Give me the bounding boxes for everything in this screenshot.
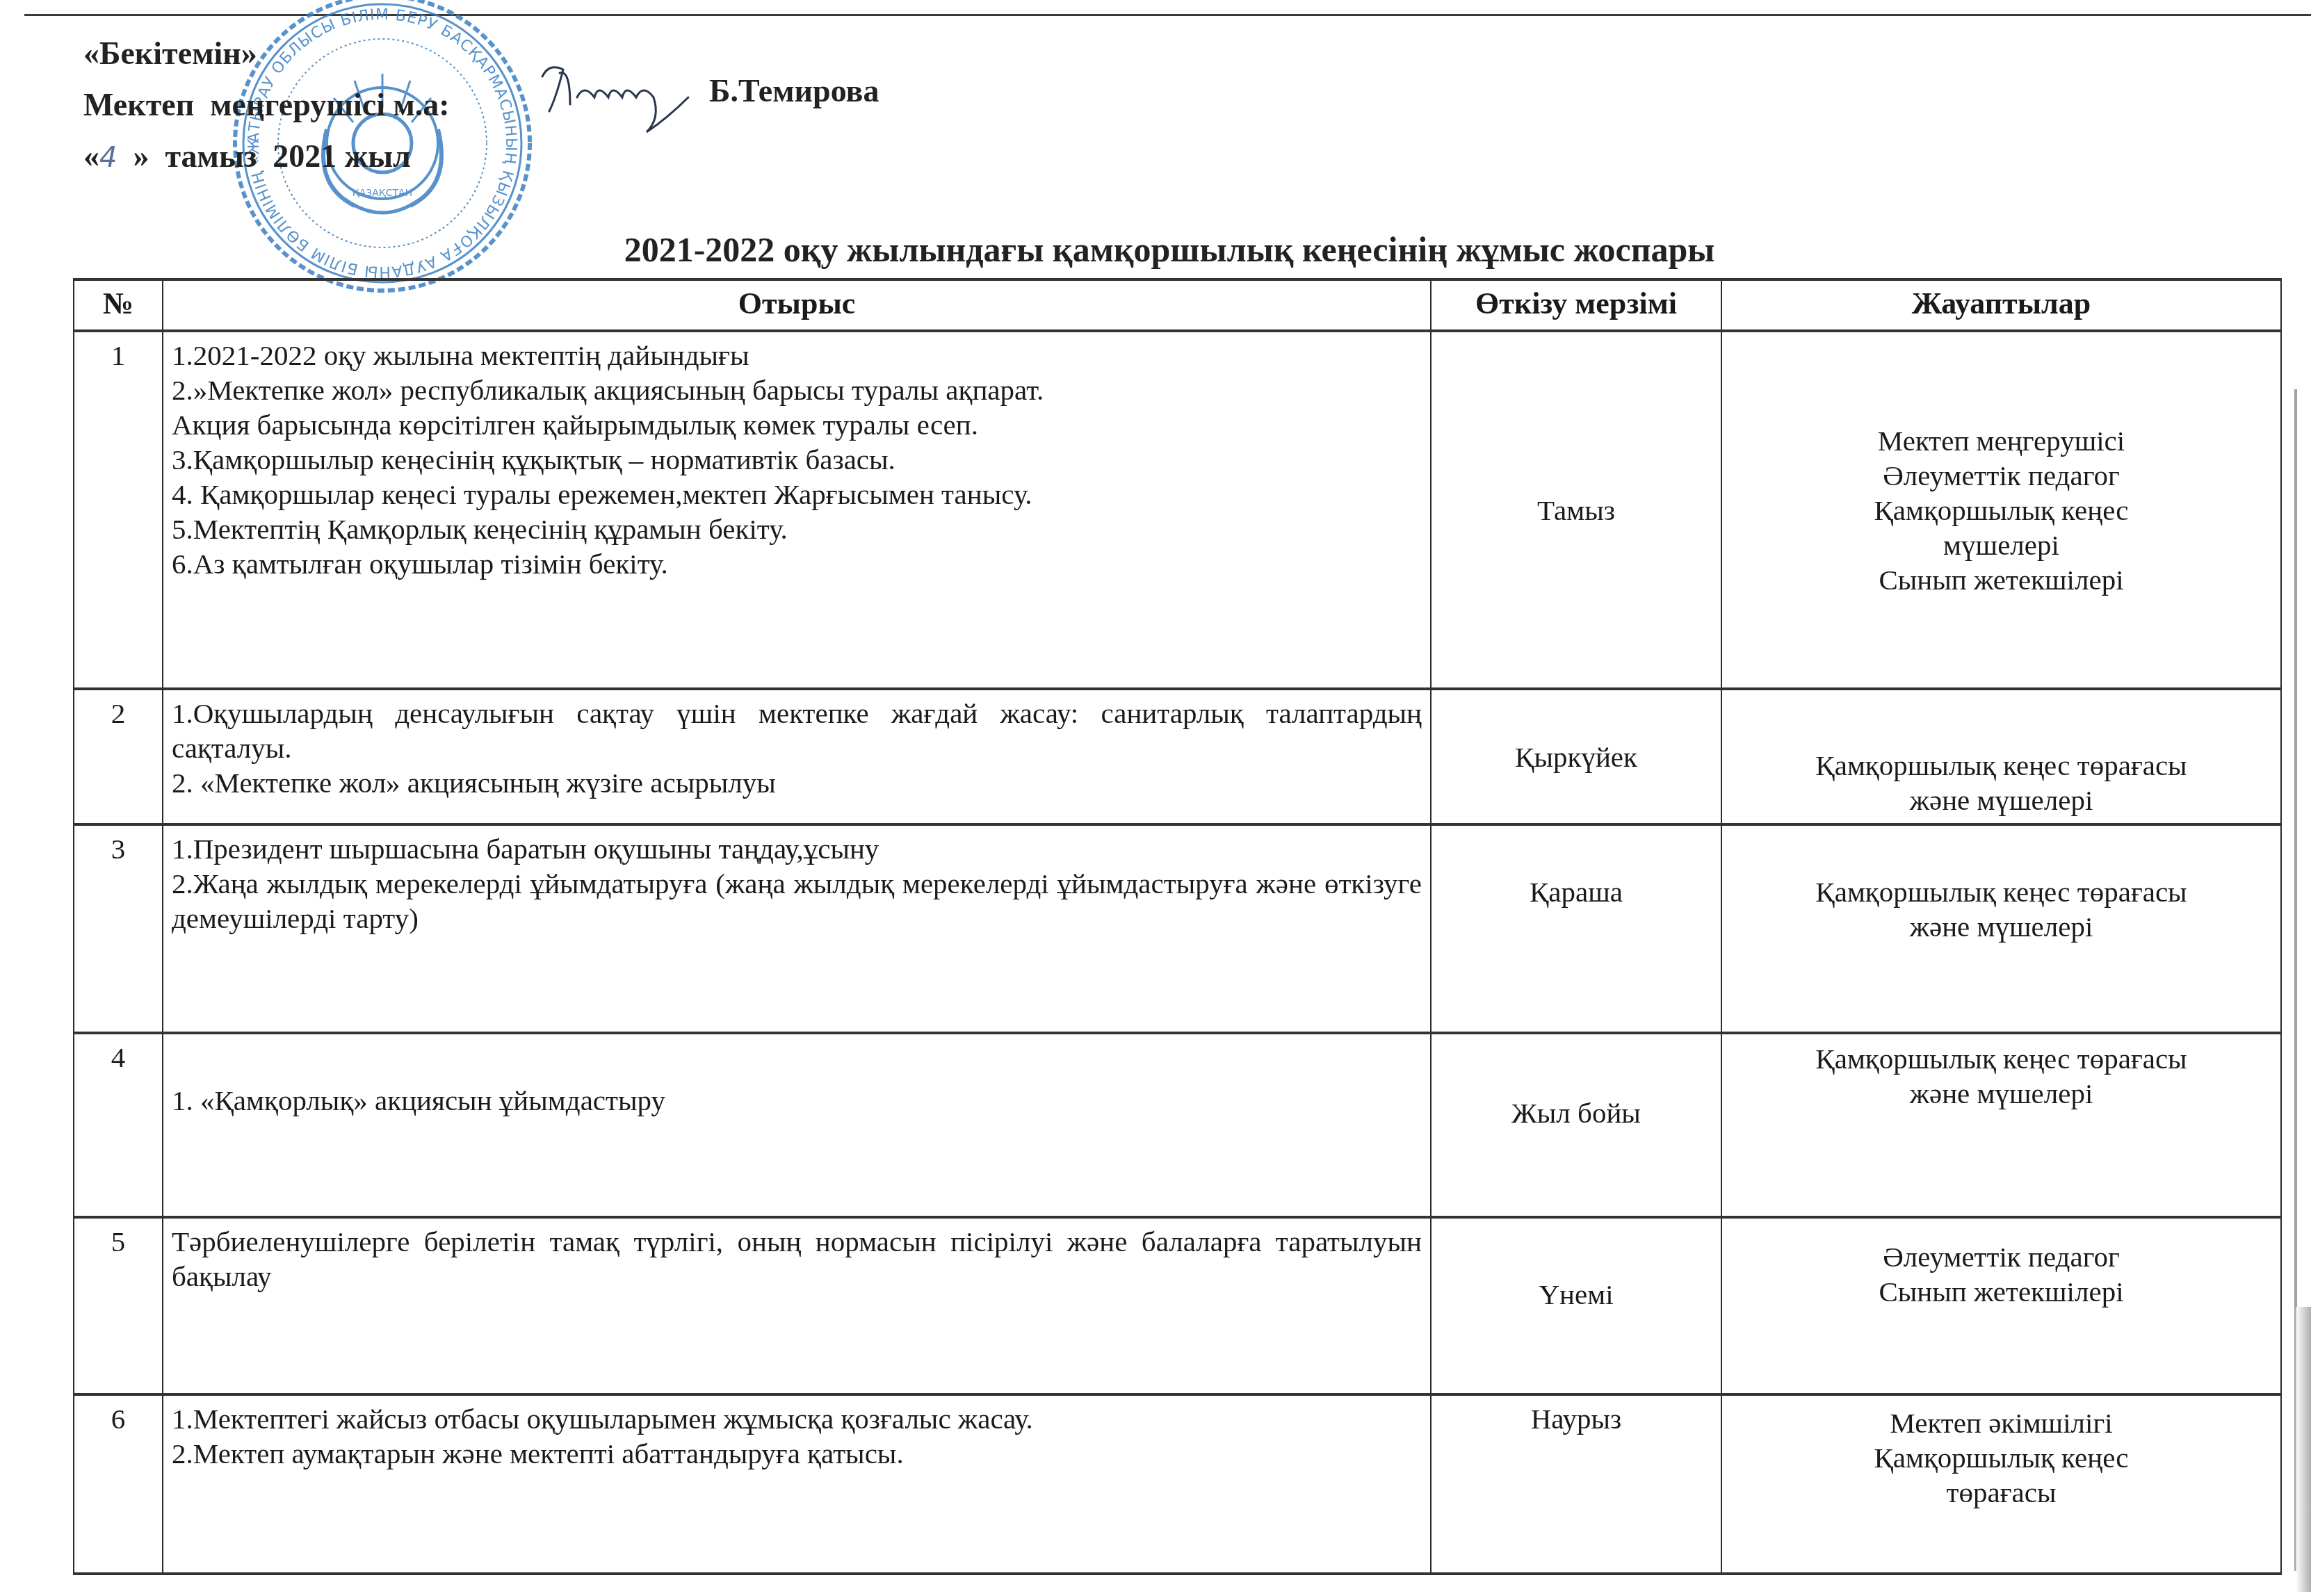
row-responsible: Әлеуметтік педагог Сынып жетекшілері — [1721, 1217, 2281, 1394]
row-responsible: Мектеп әкімшілігі Қамқоршылық кеңес төра… — [1721, 1394, 2281, 1574]
row-period: Тамыз — [1431, 331, 1721, 689]
row-responsible: Мектеп меңгерушісі Әлеуметтік педагог Қа… — [1721, 331, 2281, 689]
scan-shadow — [2296, 1307, 2311, 1592]
header-topic: Отырыс — [163, 279, 1431, 331]
topic-item: 3.Қамқоршылыр кеңесінің құқықтық – норма… — [172, 442, 1422, 477]
row-topic: 1.Мектептегі жайсыз отбасы оқушыларымен … — [163, 1394, 1431, 1574]
header-num: № — [74, 279, 163, 331]
topic-item: 4. Қамқоршылар кеңесі туралы ережемен,ме… — [172, 477, 1422, 512]
row-topic: Тәрбиеленушілерге берілетін тамақ түрліг… — [163, 1217, 1431, 1394]
row-number: 4 — [74, 1033, 163, 1217]
row-topic: 1. «Қамқорлық» акциясын ұйымдастыру — [163, 1033, 1431, 1217]
row-topic: 1.Президент шыршасына баратын оқушыны та… — [163, 824, 1431, 1033]
topic-item: 1.Оқушылардың денсаулығын сақтау үшін ме… — [172, 696, 1422, 765]
signature-icon — [528, 56, 709, 139]
document-title: 2021-2022 оқу жылындағы қамқоршылық кеңе… — [0, 229, 2311, 270]
row-responsible: Қамқоршылық кеңес төрағасы және мүшелері — [1721, 689, 2281, 824]
approval-date: «4 » тамыз 2021 жыл — [83, 131, 450, 184]
table-header-row: № Отырыс Өткізу мерзімі Жауаптылар — [74, 279, 2281, 331]
row-period: Қыркүйек — [1431, 689, 1721, 824]
row-number: 3 — [74, 824, 163, 1033]
table-row: 6 1.Мектептегі жайсыз отбасы оқушыларыме… — [74, 1394, 2281, 1574]
header-responsible: Жауаптылар — [1721, 279, 2281, 331]
topic-item: Акция барысында көрсітілген қайырымдылық… — [172, 407, 1422, 442]
row-period: Қараша — [1431, 824, 1721, 1033]
topic-item: 1.Президент шыршасына баратын оқушыны та… — [172, 831, 1422, 866]
topic-item: 6.Аз қамтылған оқушылар тізімін бекіту. — [172, 546, 1422, 581]
position-label: Мектеп меңгерушісі м.а: — [83, 79, 450, 131]
table-row: 2 1.Оқушылардың денсаулығын сақтау үшін … — [74, 689, 2281, 824]
topic-item: 2.Мектеп аумақтарын және мектепті абатта… — [172, 1436, 1422, 1471]
row-number: 1 — [74, 331, 163, 689]
topic-item: Тәрбиеленушілерге берілетін тамақ түрліг… — [172, 1224, 1422, 1294]
table-row: 5 Тәрбиеленушілерге берілетін тамақ түрл… — [74, 1217, 2281, 1394]
table-row: 3 1.Президент шыршасына баратын оқушыны … — [74, 824, 2281, 1033]
approved-label: «Бекітемін» — [83, 28, 450, 79]
row-period: Наурыз — [1431, 1394, 1721, 1574]
topic-item: 1.Мектептегі жайсыз отбасы оқушыларымен … — [172, 1401, 1422, 1436]
row-responsible: Қамқоршылық кеңес төрағасы және мүшелері — [1721, 1033, 2281, 1217]
topic-item: 5.Мектептің Қамқорлық кеңесінің құрамын … — [172, 512, 1422, 546]
topic-item: 2.Жаңа жылдық мерекелерді ұйымдатыруға (… — [172, 866, 1422, 936]
row-topic: 1.Оқушылардың денсаулығын сақтау үшін ме… — [163, 689, 1431, 824]
topic-item: 2. «Мектепке жол» акциясының жүзіге асыр… — [172, 765, 1422, 800]
work-plan-table: № Отырыс Өткізу мерзімі Жауаптылар 1 1.2… — [73, 278, 2282, 1575]
row-responsible: Қамқоршылық кеңес төрағасы және мүшелері — [1721, 824, 2281, 1033]
table-row: 1 1.2021-2022 оқу жылына мектептің дайын… — [74, 331, 2281, 689]
row-topic: 1.2021-2022 оқу жылына мектептің дайынды… — [163, 331, 1431, 689]
topic-item: 1. «Қамқорлық» акциясын ұйымдастыру — [172, 1083, 1422, 1118]
row-number: 5 — [74, 1217, 163, 1394]
scan-top-rule — [24, 14, 2311, 16]
svg-text:ҚАЗАҚСТАН: ҚАЗАҚСТАН — [352, 188, 412, 199]
row-number: 6 — [74, 1394, 163, 1574]
row-number: 2 — [74, 689, 163, 824]
row-period: Үнемі — [1431, 1217, 1721, 1394]
signer-name: Б.Темирова — [709, 72, 879, 109]
handwritten-day: 4 — [99, 142, 117, 174]
topic-item: 2.»Мектепке жол» республикалық акциясыны… — [172, 373, 1422, 407]
topic-item: 1.2021-2022 оқу жылына мектептің дайынды… — [172, 338, 1422, 373]
header-period: Өткізу мерзімі — [1431, 279, 1721, 331]
approval-block: «Бекітемін» Мектеп меңгерушісі м.а: «4 »… — [83, 28, 450, 184]
row-period: Жыл бойы — [1431, 1033, 1721, 1217]
table-row: 4 1. «Қамқорлық» акциясын ұйымдастыру Жы… — [74, 1033, 2281, 1217]
